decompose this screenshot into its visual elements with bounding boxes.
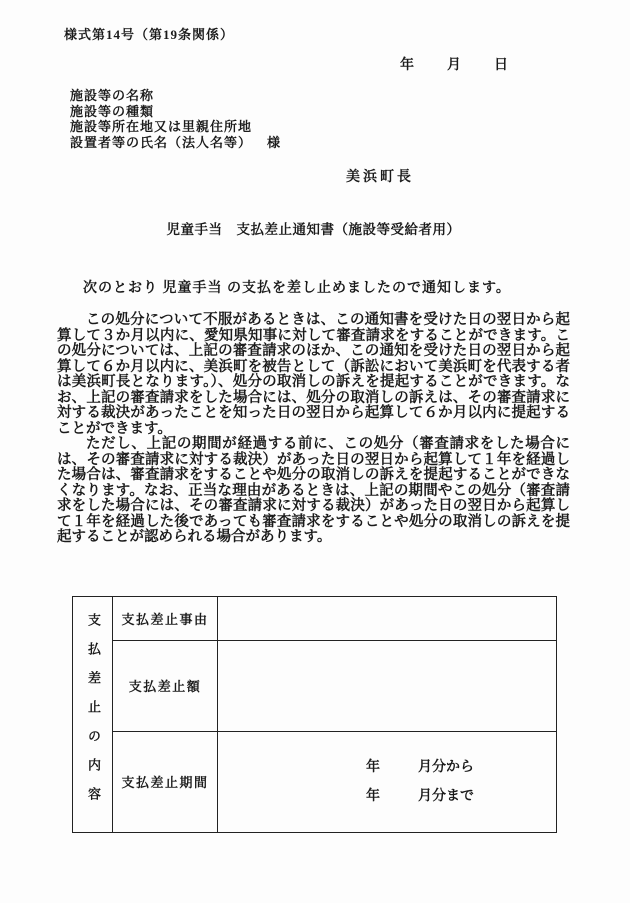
stop-reason-value (218, 596, 557, 640)
table-row-period: 支払差止期間 年 月分から 年 月分まで (73, 731, 557, 832)
stop-period-value: 年 月分から 年 月分まで (218, 731, 557, 832)
founder-name-line: 設置者等の氏名（法人名等） 様 (70, 135, 570, 151)
date-day-label: 日 (494, 58, 508, 74)
appeal-paragraph-1: この処分について不服があるときは、この通知書を受けた日の翌日から起算して３か月以… (57, 313, 570, 437)
period-from-suffix: 月分から (418, 760, 474, 775)
facility-name-label: 施設等の名称 (70, 88, 570, 104)
group-label-vertical: 支払差止の内容 (73, 613, 113, 816)
stop-reason-label: 支払差止事由 (113, 596, 218, 640)
group-label-cell: 支払差止の内容 (73, 596, 113, 832)
form-number: 様式第14号（第19条関係） (64, 27, 570, 43)
period-to-year-label: 年 (366, 789, 380, 804)
period-lines: 年 月分から 年 月分まで (218, 760, 556, 804)
lead-sentence: 次のとおり 児童手当 の支払を差し止めましたので通知します。 (83, 281, 570, 297)
date-line: 年 月 日 (57, 58, 570, 74)
table-row-amount: 支払差止額 (73, 640, 557, 731)
founder-name-label: 設置者等の氏名（法人名等） (70, 135, 252, 151)
appeal-paragraph-2: ただし、上記の期間が経過する前に、この処分（審査請求をした場合には、その審査請求… (57, 437, 570, 546)
stop-amount-value (218, 640, 557, 731)
notice-document-page: 様式第14号（第19条関係） 年 月 日 施設等の名称 施設等の種類 施設等所在… (0, 0, 630, 903)
period-from-year-label: 年 (366, 760, 380, 775)
payment-stop-table: 支払差止の内容 支払差止事由 支払差止額 支払差止期間 年 月分から (72, 596, 557, 833)
stop-amount-label: 支払差止額 (113, 640, 218, 731)
period-to-suffix: 月分まで (418, 789, 474, 804)
document-title: 児童手当 支払差止通知書（施設等受給者用） (57, 221, 570, 238)
date-year-label: 年 (400, 58, 414, 74)
facility-type-label: 施設等の種類 (70, 104, 570, 120)
stop-period-label: 支払差止期間 (113, 731, 218, 832)
addressee-block: 施設等の名称 施設等の種類 施設等所在地又は里親住所地 設置者等の氏名（法人名等… (70, 88, 570, 150)
period-to-line: 年 月分まで (366, 789, 556, 804)
honorific-label: 様 (267, 135, 281, 151)
table-row-reason: 支払差止の内容 支払差止事由 (73, 596, 557, 640)
document-content: 様式第14号（第19条関係） 年 月 日 施設等の名称 施設等の種類 施設等所在… (0, 0, 630, 833)
appeal-instructions: この処分について不服があるときは、この通知書を受けた日の翌日から起算して３か月以… (57, 313, 570, 546)
facility-address-label: 施設等所在地又は里親住所地 (70, 119, 570, 135)
date-month-label: 月 (447, 58, 461, 74)
sender-mayor-label: 美浜町長 (57, 170, 570, 186)
period-from-line: 年 月分から (366, 760, 556, 775)
